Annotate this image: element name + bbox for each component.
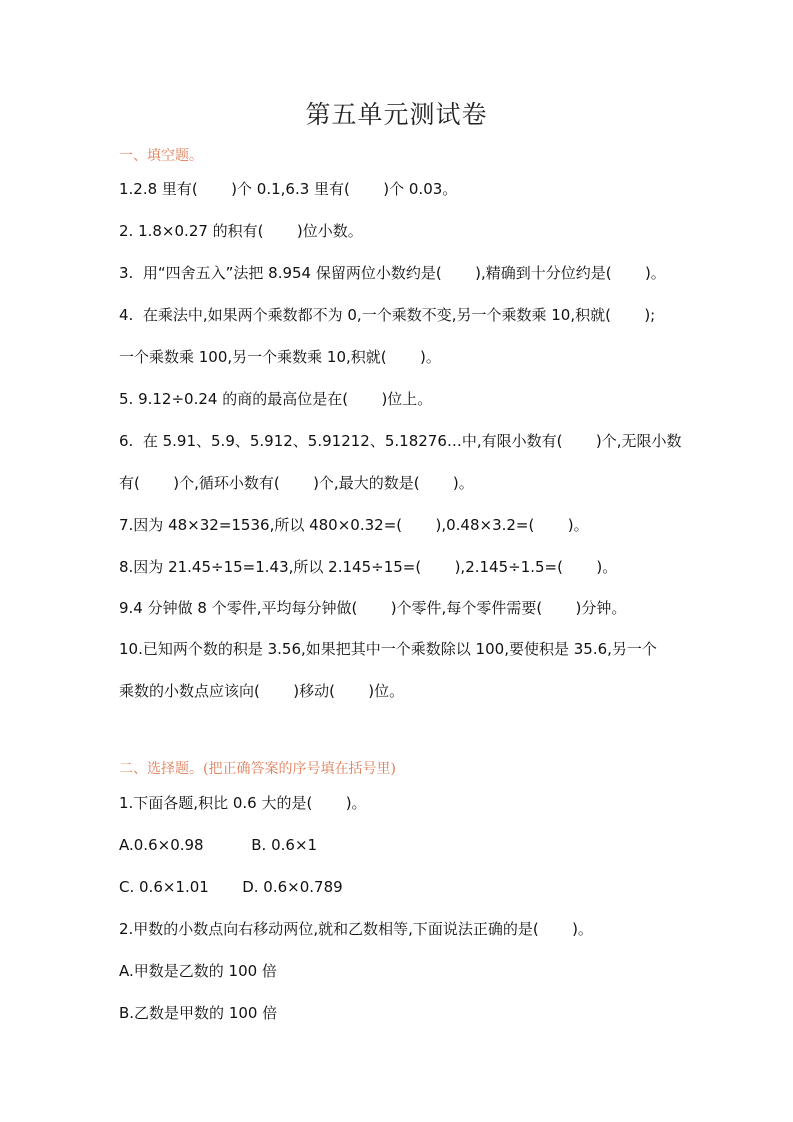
question-line-continuation: 有( )个,循环小数有( )个,最大的数是( )。 (119, 472, 474, 494)
question-line-continuation: 一个乘数乘 100,另一个乘数乘 10,积就( )。 (119, 346, 441, 368)
section-heading-fill-in: 一、填空题。 (119, 146, 203, 166)
choice-options-line: A.0.6×0.98 B. 0.6×1 (119, 834, 317, 856)
choice-option-a: A.甲数是乙数的 100 倍 (119, 960, 277, 982)
question-line: 8.因为 21.45÷15=1.43,所以 2.145÷15=( ),2.145… (119, 556, 617, 578)
question-line: 10.已知两个数的积是 3.56,如果把其中一个乘数除以 100,要使积是 35… (119, 638, 657, 660)
question-line: 9.4 分钟做 8 个零件,平均每分钟做( )个零件,每个零件需要( )分钟。 (119, 597, 626, 619)
question-line: 1.下面各题,积比 0.6 大的是( )。 (119, 792, 367, 814)
section-heading-multiple-choice: 二、选择题。(把正确答案的序号填在括号里) (119, 759, 396, 779)
question-line: 2.甲数的小数点向右移动两位,就和乙数相等,下面说法正确的是( )。 (119, 918, 593, 940)
question-line: 4. 在乘法中,如果两个乘数都不为 0,一个乘数不变,另一个乘数乘 10,积就(… (119, 304, 655, 326)
choice-options-line: C. 0.6×1.01 D. 0.6×0.789 (119, 876, 343, 898)
choice-option-b: B.乙数是甲数的 100 倍 (119, 1002, 277, 1024)
question-line: 5. 9.12÷0.24 的商的最高位是在( )位上。 (119, 388, 432, 410)
question-line: 1.2.8 里有( )个 0.1,6.3 里有( )个 0.03。 (119, 178, 457, 200)
question-line: 6. 在 5.91、5.9、5.912、5.91212、5.18276…中,有限… (119, 430, 682, 452)
question-line: 2. 1.8×0.27 的积有( )位小数。 (119, 220, 363, 242)
question-line: 7.因为 48×32=1536,所以 480×0.32=( ),0.48×3.2… (119, 514, 589, 536)
question-line-continuation: 乘数的小数点应该向( )移动( )位。 (119, 680, 404, 702)
page-title: 第五单元测试卷 (0, 98, 793, 132)
question-line: 3. 用“四舍五入”法把 8.954 保留两位小数约是( ),精确到十分位约是(… (119, 262, 666, 284)
